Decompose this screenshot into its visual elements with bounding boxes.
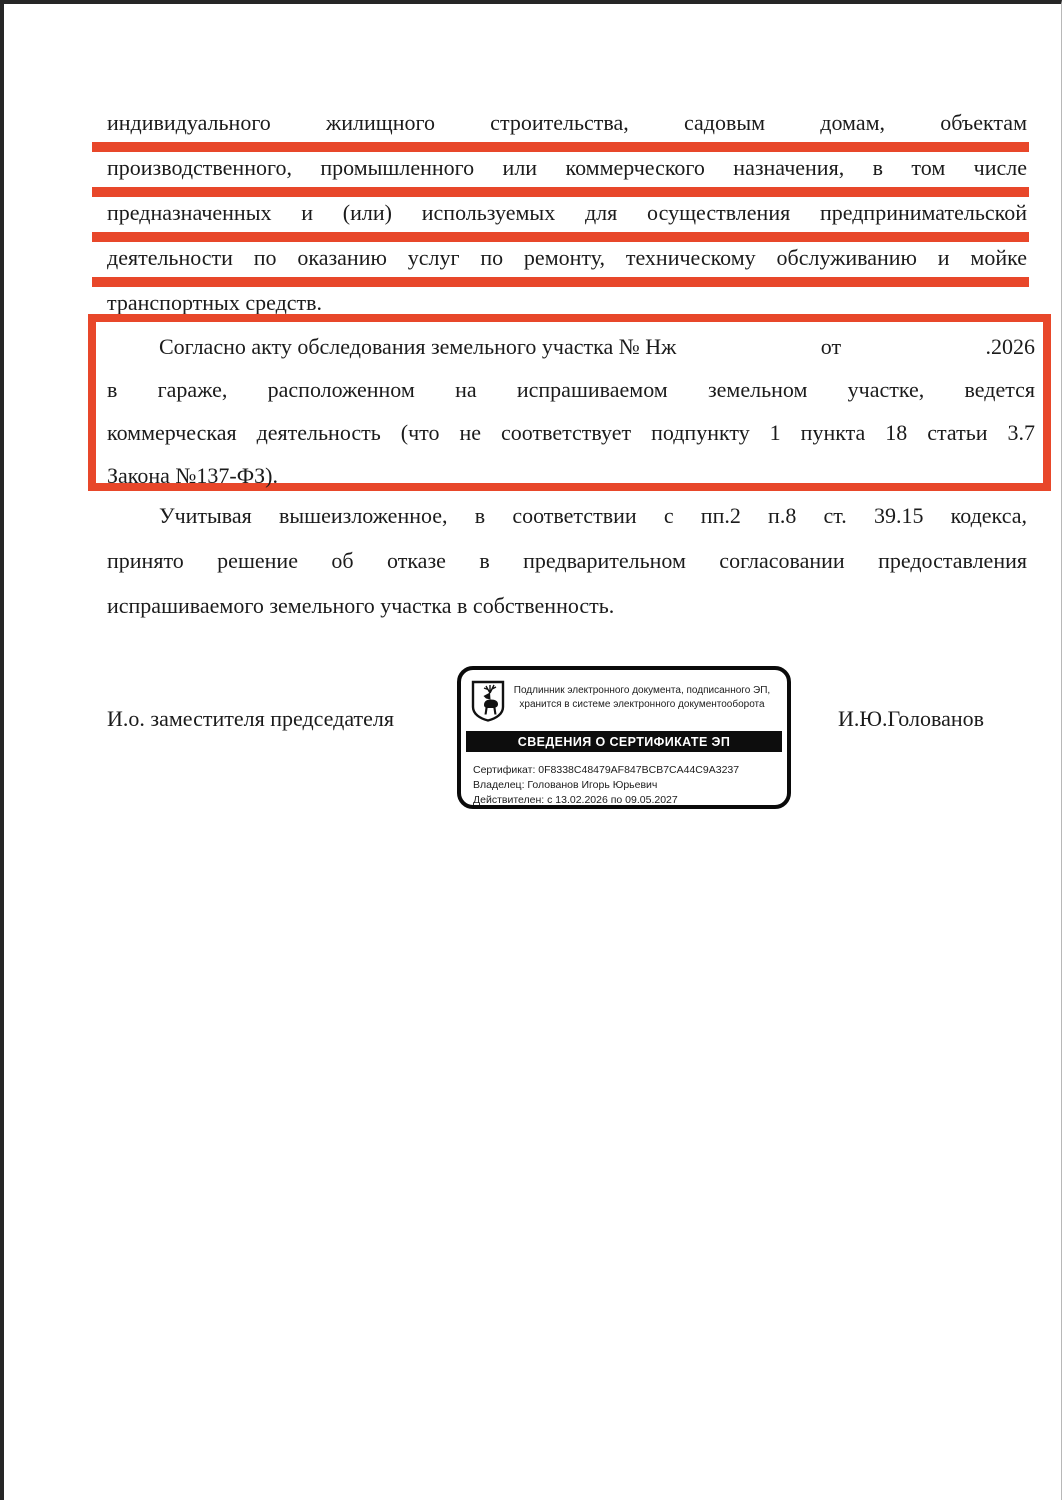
paragraph-underlined: индивидуального жилищного строительства,… [92,100,1029,325]
certificate-owner-line: Владелец: Голованов Игорь Юрьевич [473,778,787,793]
electronic-signature-stamp: Подлинник электронного документа, подпис… [457,666,791,809]
body-text-line: предназначенных и (или) используемых для… [92,190,1029,235]
certificate-details: Сертификат: 0F8338C48479AF847BCB7CA44C9A… [461,752,787,808]
stamp-header-row: Подлинник электронного документа, подпис… [461,670,787,727]
boxed-text-segment: .2026 [986,325,1036,368]
certificate-number-line: Сертификат: 0F8338C48479AF847BCB7CA44C9A… [473,763,787,778]
body-text-line: испрашиваемого земельного участка в собс… [92,583,1029,628]
boxed-text-segment: от [821,325,841,368]
underlined-line: предназначенных и (или) используемых для… [92,190,1029,235]
underlined-line: деятельности по оказанию услуг по ремонт… [92,235,1029,280]
paragraph-conclusion: Учитывая вышеизложенное, в соответствии … [92,493,1029,628]
stamp-authenticity-line2: хранится в системе электронного документ… [505,698,779,712]
body-text-line: деятельности по оказанию услуг по ремонт… [92,235,1029,280]
boxed-text-line: Закона №137-ФЗ). [107,454,1035,497]
body-text-line: принято решение об отказе в предваритель… [92,538,1029,583]
stamp-authenticity-line1: Подлинник электронного документа, подпис… [505,684,779,698]
signer-position: И.о. заместителя председателя [107,704,394,734]
body-text-line: производственного, промышленного или ком… [92,145,1029,190]
document-page: индивидуального жилищного строительства,… [0,0,1062,1500]
certificate-info-banner: СВЕДЕНИЯ О СЕРТИФИКАТЕ ЭП [466,731,782,752]
boxed-text-line: в гараже, расположенном на испрашиваемом… [107,368,1035,411]
boxed-text-line: коммерческая деятельность (что не соотве… [107,411,1035,454]
body-text-line: Учитывая вышеизложенное, в соответствии … [92,493,1029,538]
body-text-line: индивидуального жилищного строительства,… [92,100,1029,145]
stamp-authenticity-text: Подлинник электронного документа, подпис… [505,680,779,712]
certificate-validity-line: Действителен: с 13.02.2026 по 09.05.2027 [473,793,787,808]
signer-name: И.Ю.Голованов [838,704,984,734]
red-highlight-box: Согласно акту обследования земельного уч… [88,314,1051,491]
boxed-text-line: Согласно акту обследования земельного уч… [107,325,1035,368]
boxed-text-segment: Согласно акту обследования земельного уч… [107,325,676,368]
underlined-line: производственного, промышленного или ком… [92,145,1029,190]
underlined-line: индивидуального жилищного строительства,… [92,100,1029,145]
deer-coat-of-arms-icon [471,680,505,727]
